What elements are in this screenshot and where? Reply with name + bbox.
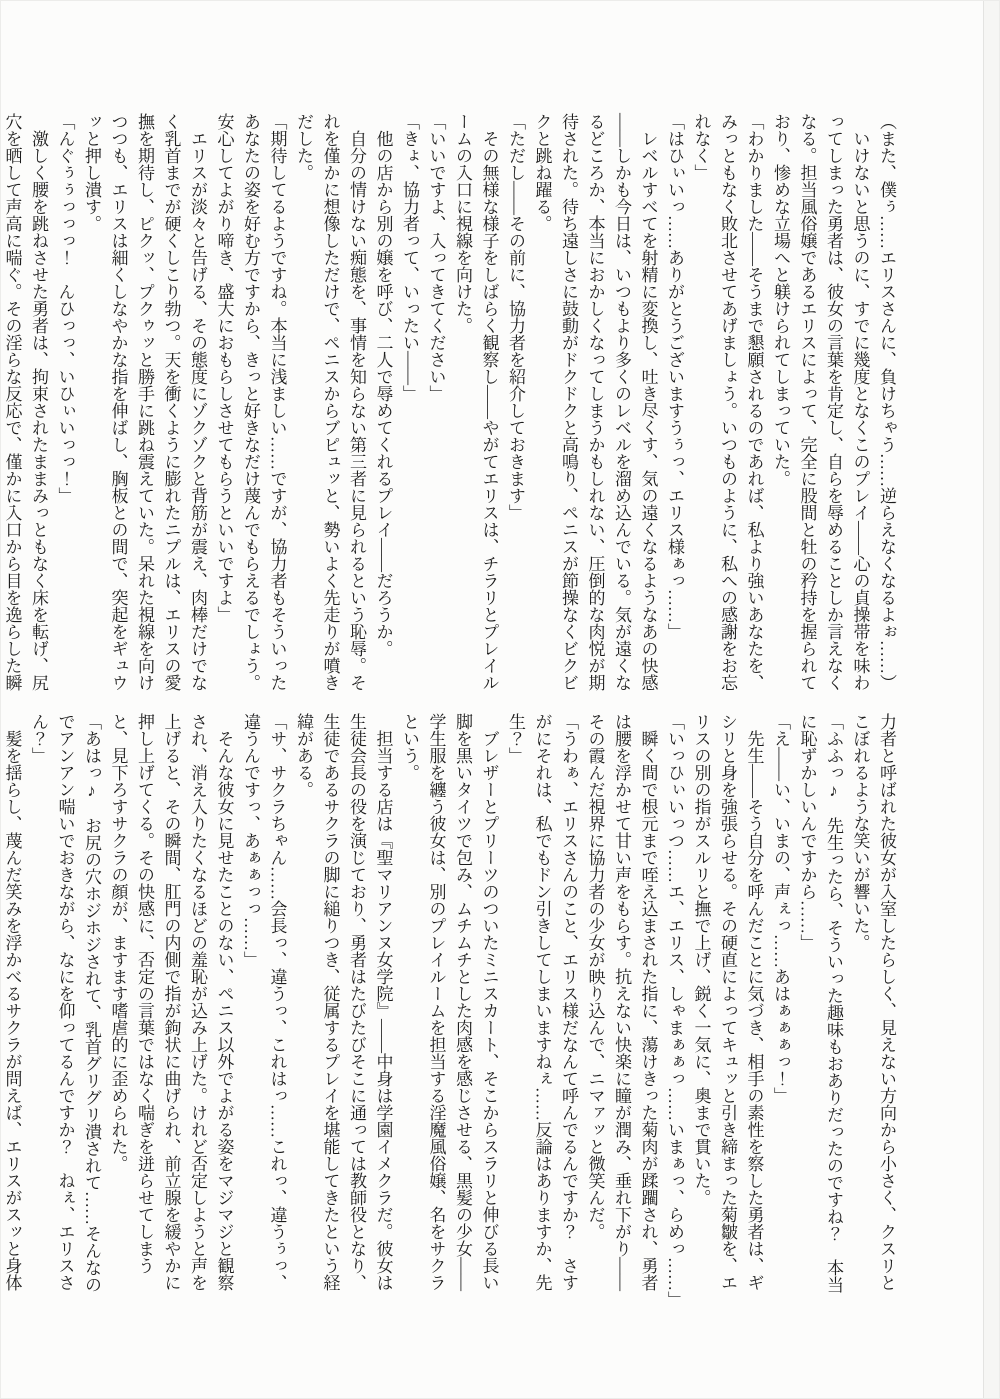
paragraph: エリスが淡々と告げる、その態度にゾクゾクと背筋が震え、肉棒だけでなく乳首までが硬… <box>78 113 211 693</box>
paragraph: レベルすべてを射精に変換し、吐き尽くす、気の遠くなるようなあの快感――しかも今日… <box>528 113 661 693</box>
paragraph: 髪を揺らし、蔑んだ笑みを浮かべるサクラが問えば、エリスがスッと身体を寄 <box>0 713 25 1305</box>
scan-page-edge <box>983 1 999 1398</box>
paragraph: 他の店から別の嬢を呼び、二人で辱めてくれるプレイ――だろうか。 <box>369 113 396 693</box>
text-block-bottom: 力者と呼ばれた彼女が入室したらしく、見えない方向から小さく、クスリとこぼれるよう… <box>99 713 899 1305</box>
paragraph: 「うわぁ、エリスさんのこと、エリス様だなんて呼んでるんですか？ さすがにそれは、… <box>502 713 582 1305</box>
paragraph: 自分の情けない痴態を、事情を知らない第三者に見られるという恥辱。それを僅かに想像… <box>290 113 370 693</box>
paragraph: 「え――い、いまの、声ぇっ……あはぁぁぁっ！」 <box>767 713 794 1305</box>
text-block-top: （また、僕ぅ……エリスさんに、負けちゃう……逆らえなくなるよぉ……）いけないと思… <box>99 113 899 693</box>
paragraph: 「あはっ♪ お尻の穴ホジホジされて、乳首グリグリ潰されて……そんなのでアンアン喘… <box>25 713 105 1305</box>
paragraph: 「はひぃいっ……ありがとうございますうぅっ、エリス様ぁっ……」 <box>661 113 688 693</box>
paragraph: （また、僕ぅ……エリスさんに、負けちゃう……逆らえなくなるよぉ……） <box>873 113 900 693</box>
paragraph: 「きょ、協力者って、いったい――」 <box>396 113 423 693</box>
paragraph: 担当する店は『聖マリアンヌ女学院』――中身は学園イメクラだ。彼女は生徒会長の役を… <box>290 713 396 1305</box>
paragraph: 「んぐぅぅっっっ！ んひっっ、いひぃいっっ！」 <box>51 113 78 693</box>
paragraph: 先生――そう自分を呼んだことに気づき、相手の素性を察した勇者は、ギシリと身を強張… <box>687 713 767 1305</box>
paragraph: 力者と呼ばれた彼女が入室したらしく、見えない方向から小さく、クスリとこぼれるよう… <box>846 713 899 1305</box>
paragraph: 「サ、サクラちゃん……会長っ、違うっ、これはっ……これっ、違うぅっ、違うんですっ… <box>237 713 290 1305</box>
novel-page: （また、僕ぅ……エリスさんに、負けちゃう……逆らえなくなるよぉ……）いけないと思… <box>0 0 1000 1399</box>
paragraph: その無様な様子をしばらく観察し――やがてエリスは、チラリとプレイルームの入口に視… <box>449 113 502 693</box>
paragraph: 「ただし――その前に、協力者を紹介しておきます」 <box>502 113 529 693</box>
paragraph: 「いいですよ、入ってきてください」 <box>422 113 449 693</box>
paragraph: いけないと思うのに、すでに幾度となくこのプレイ――心の貞操帯を味わってしまった勇… <box>767 113 873 693</box>
paragraph: 「期待してるようですね。本当に浅ましい……ですが、協力者もそういったあなたの姿を… <box>210 113 290 693</box>
paragraph: 激しく腰を跳ねさせた勇者は、拘束されたままみっともなく床を転げ、尻穴を晒して声高… <box>0 113 51 693</box>
paragraph: 「いっひぃいっつ……エ、エリス、しゃまぁぁっ……いまぁっ、らめっ……」 <box>661 713 688 1305</box>
paragraph: 瞬く間で根元まで咥え込まされた指に、蕩けきった菊肉が蹂躙され、勇者は腰を浮かせて… <box>581 713 661 1305</box>
paragraph: 「ふふっ♪ 先生ったら、そういった趣味もおありだったのですね？ 本当に恥ずかしい… <box>793 713 846 1305</box>
paragraph: 「わかりました――そうまで懇願されるのであれば、私より強いあなたを、みっともなく… <box>687 113 767 693</box>
paragraph: そんな彼女に見せたことのない、ペニス以外でよがる姿をマジマジと観察され、消え入り… <box>104 713 237 1305</box>
paragraph: ブレザーとプリーツのついたミニスカート、そこからスラリと伸びる長い脚を黒いタイツ… <box>396 713 502 1305</box>
